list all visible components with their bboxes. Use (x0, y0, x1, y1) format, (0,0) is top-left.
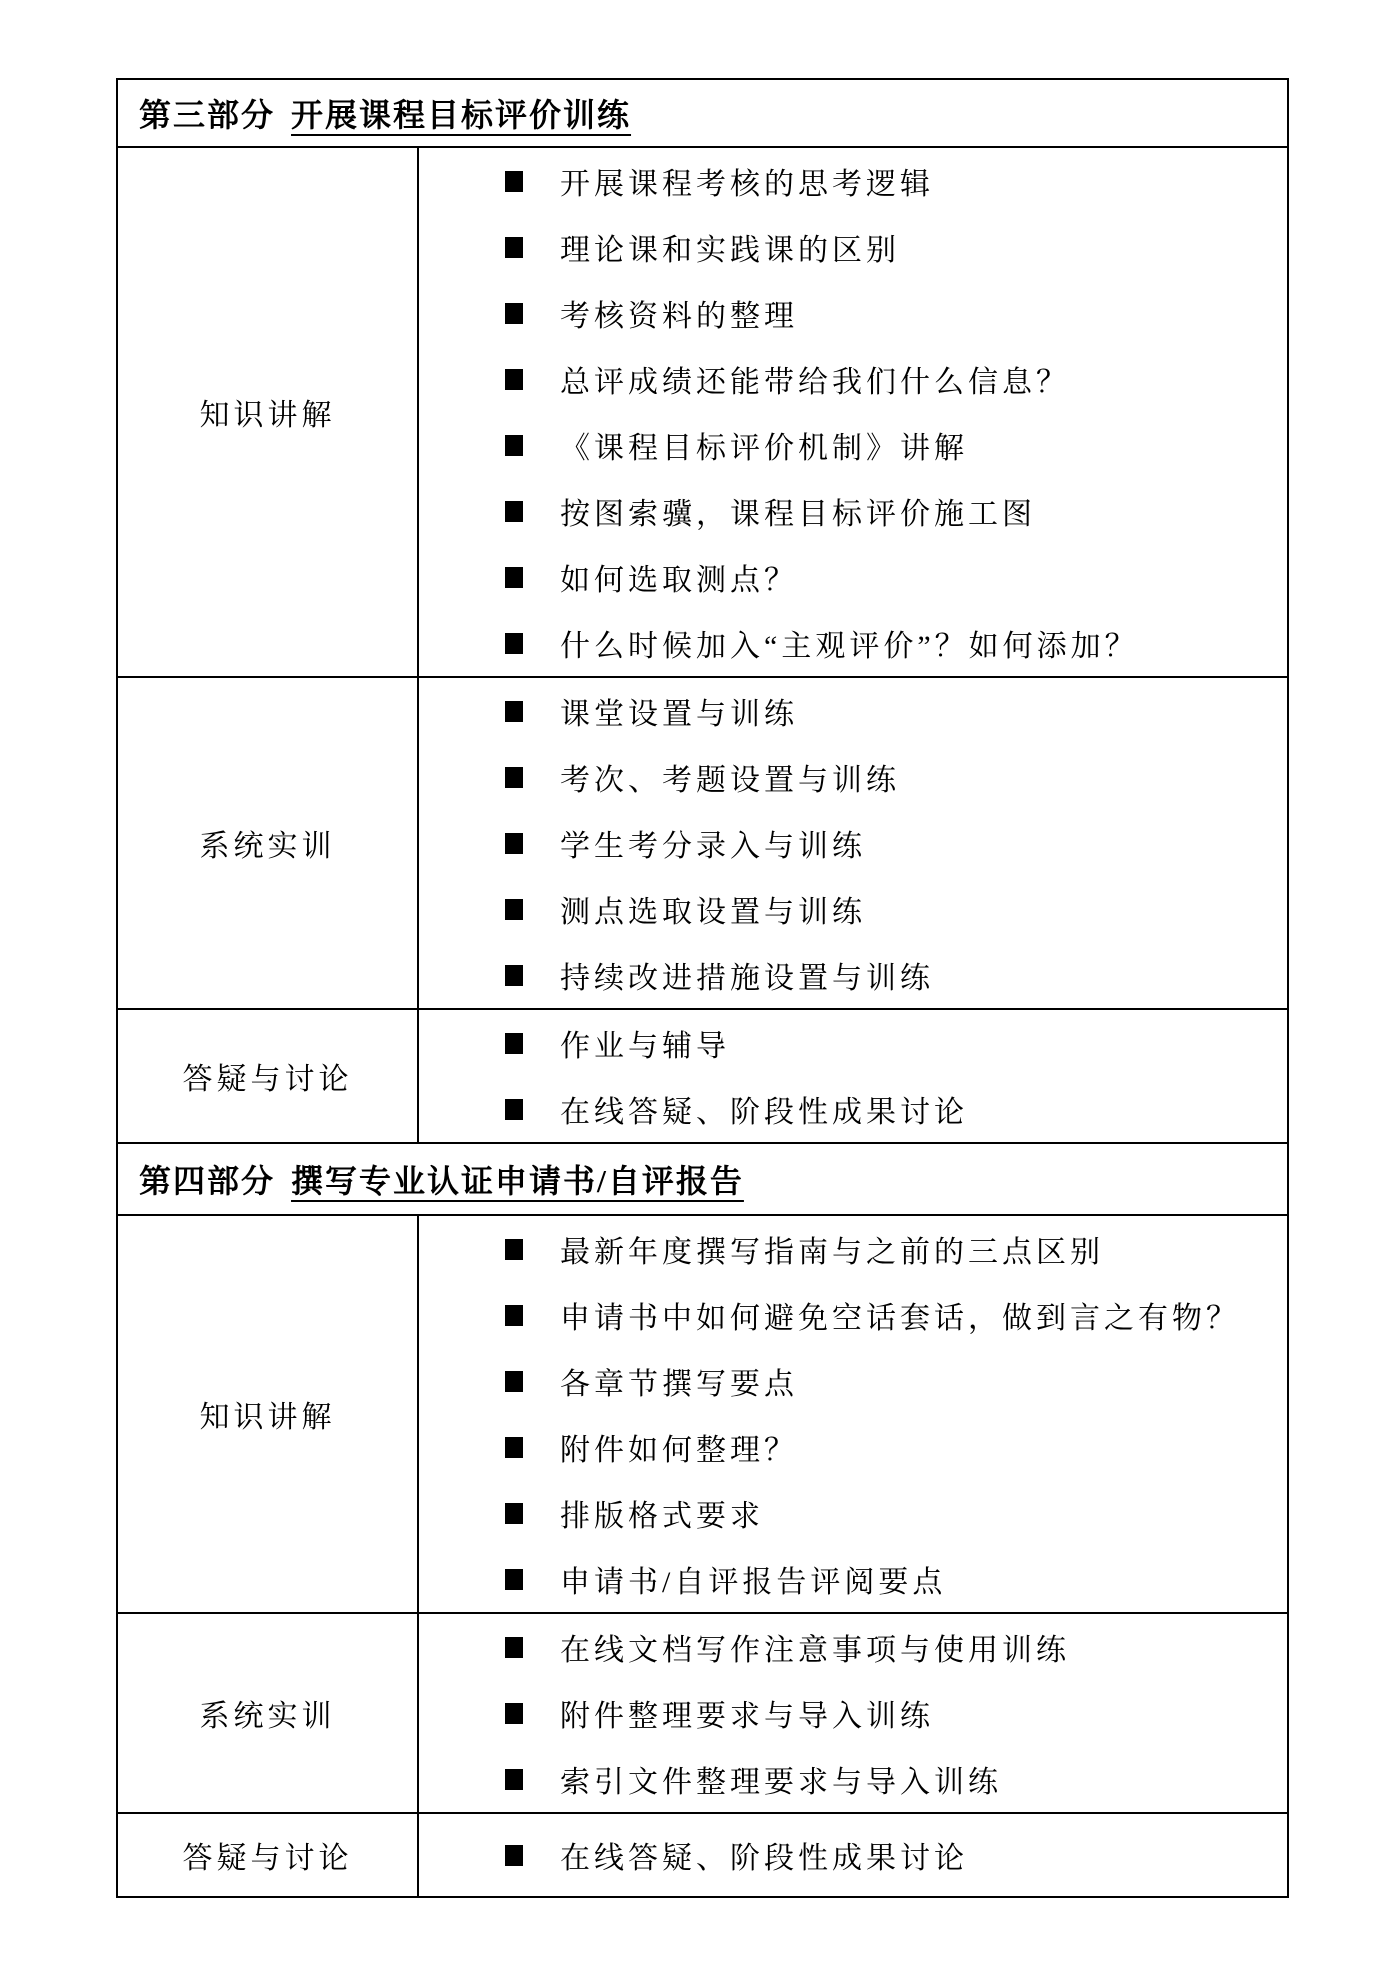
bullet-list: 开展课程考核的思考逻辑理论课和实践课的区别考核资料的整理总评成绩还能带给我们什么… (419, 148, 1287, 676)
row-label: 答疑与讨论 (183, 1833, 353, 1877)
item-text: 什么时候加入“主观评价”？如何添加？ (560, 621, 1139, 665)
item-text: 在线文档写作注意事项与使用训练 (560, 1625, 1070, 1669)
item-text: 作业与辅导 (560, 1021, 730, 1065)
bullet-square-icon (505, 767, 523, 788)
row-items-cell: 作业与辅导在线答疑、阶段性成果讨论 (419, 1010, 1287, 1142)
item-text: 开展课程考核的思考逻辑 (560, 159, 934, 203)
bullet-square-icon (505, 435, 523, 456)
item-text: 索引文件整理要求与导入训练 (560, 1757, 1002, 1801)
bullet-square-icon (505, 1637, 523, 1658)
bullet-item: 在线答疑、阶段性成果讨论 (419, 1814, 1287, 1896)
bullet-item: 作业与辅导 (419, 1010, 1287, 1076)
bullet-square-icon (505, 1569, 523, 1590)
bullet-list: 作业与辅导在线答疑、阶段性成果讨论 (419, 1010, 1287, 1142)
bullet-list: 在线答疑、阶段性成果讨论 (419, 1814, 1287, 1896)
table-row-part3-training: 系统实训 课堂设置与训练考次、考题设置与训练学生考分录入与训练测点选取设置与训练… (118, 678, 1287, 1010)
item-text: 课堂设置与训练 (560, 689, 798, 733)
bullet-square-icon (505, 1371, 523, 1392)
item-text: 考核资料的整理 (560, 291, 798, 335)
row-label: 系统实训 (200, 821, 336, 865)
bullet-square-icon (505, 1845, 523, 1866)
bullet-square-icon (505, 1239, 523, 1260)
part4-title: 撰写专业认证申请书/自评报告 (291, 1156, 744, 1202)
course-schedule-table: 第三部分 开展课程目标评价训练 知识讲解 开展课程考核的思考逻辑理论课和实践课的… (116, 78, 1289, 1898)
item-text: 学生考分录入与训练 (560, 821, 866, 865)
bullet-item: 理论课和实践课的区别 (419, 214, 1287, 280)
item-text: 申请书/自评报告评阅要点 (560, 1557, 946, 1601)
bullet-square-icon (505, 1437, 523, 1458)
row-label: 知识讲解 (200, 390, 336, 434)
row-items-cell: 开展课程考核的思考逻辑理论课和实践课的区别考核资料的整理总评成绩还能带给我们什么… (419, 148, 1287, 676)
bullet-item: 申请书中如何避免空话套话，做到言之有物？ (419, 1282, 1287, 1348)
row-label-cell: 系统实训 (118, 678, 419, 1008)
row-label-cell: 系统实训 (118, 1614, 419, 1812)
bullet-item: 附件如何整理？ (419, 1414, 1287, 1480)
item-text: 按图索骥，课程目标评价施工图 (560, 489, 1036, 533)
item-text: 排版格式要求 (560, 1491, 764, 1535)
bullet-item: 开展课程考核的思考逻辑 (419, 148, 1287, 214)
bullet-item: 在线答疑、阶段性成果讨论 (419, 1076, 1287, 1142)
table-row-part4-training: 系统实训 在线文档写作注意事项与使用训练附件整理要求与导入训练索引文件整理要求与… (118, 1614, 1287, 1814)
item-text: 测点选取设置与训练 (560, 887, 866, 931)
bullet-item: 索引文件整理要求与导入训练 (419, 1746, 1287, 1812)
bullet-square-icon (505, 1703, 523, 1724)
item-text: 理论课和实践课的区别 (560, 225, 900, 269)
bullet-square-icon (505, 369, 523, 390)
item-text: 总评成绩还能带给我们什么信息？ (560, 357, 1070, 401)
bullet-item: 排版格式要求 (419, 1480, 1287, 1546)
item-text: 附件整理要求与导入训练 (560, 1691, 934, 1735)
bullet-item: 考次、考题设置与训练 (419, 744, 1287, 810)
row-label: 答疑与讨论 (183, 1054, 353, 1098)
bullet-square-icon (505, 899, 523, 920)
row-label: 系统实训 (200, 1691, 336, 1735)
row-label-cell: 知识讲解 (118, 148, 419, 676)
row-label-cell: 答疑与讨论 (118, 1010, 419, 1142)
bullet-item: 总评成绩还能带给我们什么信息？ (419, 346, 1287, 412)
row-items-cell: 最新年度撰写指南与之前的三点区别申请书中如何避免空话套话，做到言之有物？各章节撰… (419, 1216, 1287, 1612)
bullet-square-icon (505, 1305, 523, 1326)
table-row-part4-qa: 答疑与讨论 在线答疑、阶段性成果讨论 (118, 1814, 1287, 1896)
row-label-cell: 知识讲解 (118, 1216, 419, 1612)
item-text: 考次、考题设置与训练 (560, 755, 900, 799)
bullet-item: 各章节撰写要点 (419, 1348, 1287, 1414)
bullet-item: 考核资料的整理 (419, 280, 1287, 346)
row-label: 知识讲解 (200, 1392, 336, 1436)
item-text: 持续改进措施设置与训练 (560, 953, 934, 997)
table-row-part3-qa: 答疑与讨论 作业与辅导在线答疑、阶段性成果讨论 (118, 1010, 1287, 1144)
bullet-list: 课堂设置与训练考次、考题设置与训练学生考分录入与训练测点选取设置与训练持续改进措… (419, 678, 1287, 1008)
item-text: 在线答疑、阶段性成果讨论 (560, 1833, 968, 1877)
part4-header-row: 第四部分 撰写专业认证申请书/自评报告 (118, 1144, 1287, 1216)
part3-title: 开展课程目标评价训练 (291, 90, 631, 136)
bullet-square-icon (505, 171, 523, 192)
part3-label: 第三部分 (139, 90, 275, 136)
bullet-item: 最新年度撰写指南与之前的三点区别 (419, 1216, 1287, 1282)
bullet-square-icon (505, 633, 523, 654)
item-text: 最新年度撰写指南与之前的三点区别 (560, 1227, 1104, 1271)
item-text: 各章节撰写要点 (560, 1359, 798, 1403)
bullet-list: 在线文档写作注意事项与使用训练附件整理要求与导入训练索引文件整理要求与导入训练 (419, 1614, 1287, 1812)
bullet-square-icon (505, 1099, 523, 1120)
item-text: 在线答疑、阶段性成果讨论 (560, 1087, 968, 1131)
bullet-square-icon (505, 1033, 523, 1054)
item-text: 如何选取测点？ (560, 555, 798, 599)
bullet-square-icon (505, 1503, 523, 1524)
item-text: 《课程目标评价机制》讲解 (560, 423, 968, 467)
item-text: 附件如何整理？ (560, 1425, 798, 1469)
row-items-cell: 在线答疑、阶段性成果讨论 (419, 1814, 1287, 1896)
bullet-square-icon (505, 303, 523, 324)
bullet-square-icon (505, 501, 523, 522)
bullet-item: 持续改进措施设置与训练 (419, 942, 1287, 1008)
part4-label: 第四部分 (139, 1156, 275, 1202)
bullet-item: 《课程目标评价机制》讲解 (419, 412, 1287, 478)
row-label-cell: 答疑与讨论 (118, 1814, 419, 1896)
bullet-square-icon (505, 701, 523, 722)
document-page: 第三部分 开展课程目标评价训练 知识讲解 开展课程考核的思考逻辑理论课和实践课的… (0, 0, 1380, 1980)
row-items-cell: 在线文档写作注意事项与使用训练附件整理要求与导入训练索引文件整理要求与导入训练 (419, 1614, 1287, 1812)
table-row-part4-knowledge: 知识讲解 最新年度撰写指南与之前的三点区别申请书中如何避免空话套话，做到言之有物… (118, 1216, 1287, 1614)
bullet-item: 课堂设置与训练 (419, 678, 1287, 744)
bullet-square-icon (505, 237, 523, 258)
bullet-square-icon (505, 1769, 523, 1790)
bullet-square-icon (505, 833, 523, 854)
bullet-square-icon (505, 965, 523, 986)
bullet-item: 什么时候加入“主观评价”？如何添加？ (419, 610, 1287, 676)
bullet-item: 在线文档写作注意事项与使用训练 (419, 1614, 1287, 1680)
part3-header-row: 第三部分 开展课程目标评价训练 (118, 80, 1287, 148)
bullet-item: 学生考分录入与训练 (419, 810, 1287, 876)
bullet-item: 测点选取设置与训练 (419, 876, 1287, 942)
item-text: 申请书中如何避免空话套话，做到言之有物？ (560, 1293, 1240, 1337)
bullet-item: 申请书/自评报告评阅要点 (419, 1546, 1287, 1612)
bullet-square-icon (505, 567, 523, 588)
bullet-item: 如何选取测点？ (419, 544, 1287, 610)
bullet-item: 按图索骥，课程目标评价施工图 (419, 478, 1287, 544)
bullet-item: 附件整理要求与导入训练 (419, 1680, 1287, 1746)
table-row-part3-knowledge: 知识讲解 开展课程考核的思考逻辑理论课和实践课的区别考核资料的整理总评成绩还能带… (118, 148, 1287, 678)
row-items-cell: 课堂设置与训练考次、考题设置与训练学生考分录入与训练测点选取设置与训练持续改进措… (419, 678, 1287, 1008)
bullet-list: 最新年度撰写指南与之前的三点区别申请书中如何避免空话套话，做到言之有物？各章节撰… (419, 1216, 1287, 1612)
